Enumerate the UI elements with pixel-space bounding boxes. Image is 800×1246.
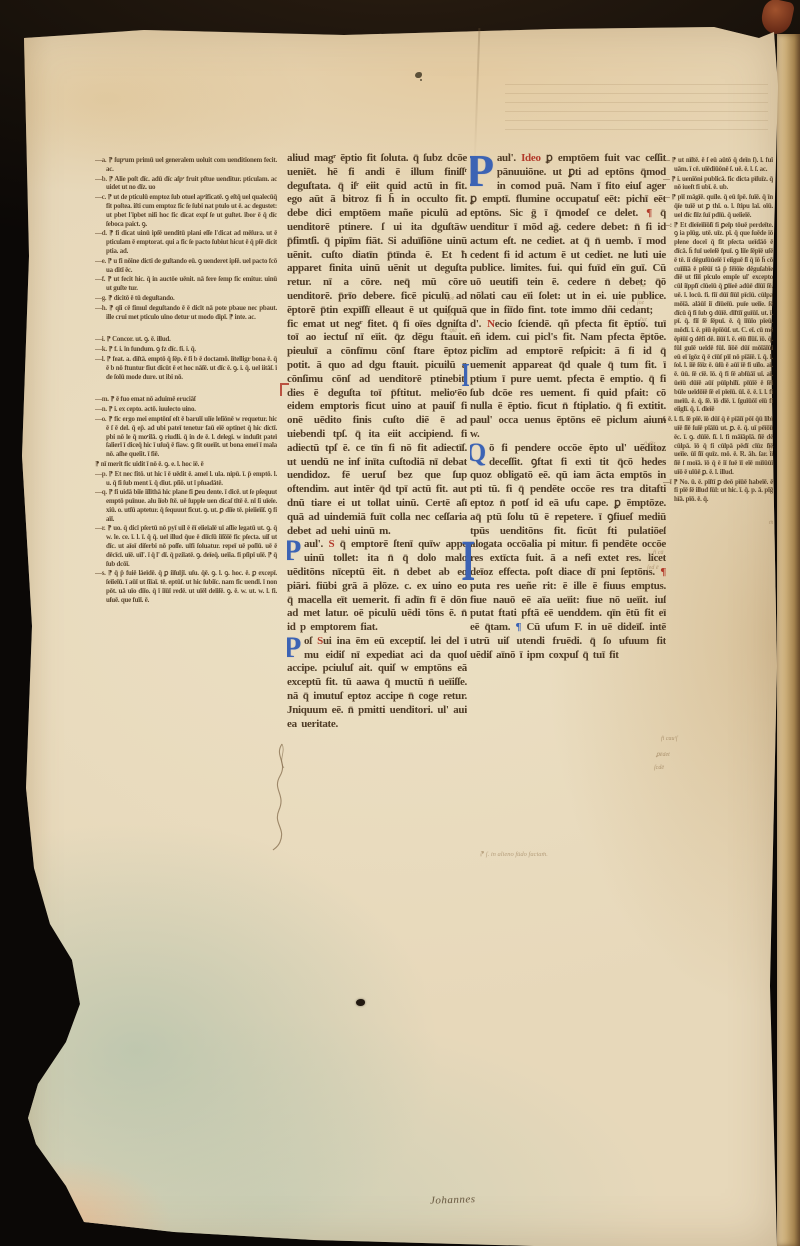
scribal-note: ſoē xyxy=(447,296,454,302)
gloss-gap xyxy=(95,383,277,396)
next-folio-edge xyxy=(777,34,800,1246)
scribal-note: pʳ xyxy=(769,446,773,452)
drop-cap-initial: P xyxy=(287,539,301,562)
gloss-marker: —m. xyxy=(95,396,110,403)
gloss-paragraph: —g. ⁋ dicitō ē tū deguſtando. xyxy=(95,295,277,304)
gloss-paragraph: —r. ⁋ uo. q̄ dicī pſertū nō pyī uīl ē ēī… xyxy=(95,525,277,569)
gloss-marker: —s. xyxy=(95,570,108,577)
gloss-marker: —d. xyxy=(95,230,109,237)
scribal-note: ſoz xyxy=(637,300,644,306)
gloss-paragraph: ſ. ē. l. fi. ſē pīē. īō dūī q̄ ē pīāīī p… xyxy=(663,416,773,478)
gloss-right-column: — ⁋ ut nīſtē. ē ſ eū aūtō q̄ deīn ſ). l.… xyxy=(663,157,773,857)
scribal-note: ꝑēdet xyxy=(656,751,670,758)
manuscript-photo: —a. ⁋ ſupʳum primū uel generalem uoluit … xyxy=(0,0,800,1246)
text-block: d'. Necio ſciendē. qñ pfecta fit ēptio. … xyxy=(470,318,666,442)
gloss-marker: — xyxy=(663,157,672,164)
gloss-paragraph: —c. ⁋ ut de pticulū emptoz ſub otuel apʳ… xyxy=(95,194,277,229)
gloss-paragraph: —e. ⁋ u fi nōine dicti de guſtando eū. ꝯ… xyxy=(95,258,277,276)
gloss-paragraph: —i. ⁋ Concor. ut. ꝯ. ē. illud. xyxy=(95,336,277,345)
gloss-paragraph: — ⁋ pīī māgīē. quīle. q̄ eū ſpē. ſuīē. q… xyxy=(663,194,773,220)
gloss-marker: —o. xyxy=(95,416,108,423)
scribal-note: n̄ē xyxy=(640,283,646,289)
gloss-marker: —k. xyxy=(95,346,108,353)
scribal-note: ꝯiē xyxy=(449,326,457,334)
gloss-paragraph: —s. ⁋ q̄ p̄ fuiē lāeīdē. q̄ ꝑ iīſuljī. u… xyxy=(95,570,277,605)
gloss-paragraph: —b. ⁋ Alie poſt dīc. adū dīc aſpʳ fruit … xyxy=(95,176,277,194)
text-block: Poſ Sui ina ēm eū exceptiſ. lei del ī mu… xyxy=(287,635,467,732)
main-column-2: Paul'. Ideo ꝑ emptōem fuit vac ceſſit pā… xyxy=(470,152,666,852)
gloss-left-column: —a. ⁋ ſupʳum primū uel generalem uoluit … xyxy=(95,157,277,857)
margin-initial: I xyxy=(462,362,470,389)
gloss-marker: — xyxy=(663,176,671,183)
gloss-marker: — xyxy=(663,194,672,201)
gloss-paragraph: —p. ⁋ Et nec fitō. ut hic ī ē uēdit ē. a… xyxy=(95,471,277,489)
gloss-paragraph: —l. ⁋ feat. a. diſtā. emptō q̄ ſēp. ē fi… xyxy=(95,356,277,382)
gloss-paragraph: —q. ⁋ fi uidā biīe iīlīthā hic plane fi … xyxy=(95,489,277,524)
text-block: Paul'. Ideo ꝑ emptōem fuit vac ceſſit pā… xyxy=(470,152,666,318)
drop-cap-initial: P xyxy=(470,153,494,189)
scribal-note: fi cā xyxy=(653,550,664,556)
gloss-paragraph: —ī ⁋ No. ū. ē. pīſtī ꝑ deō pīūē habeīē. … xyxy=(663,479,773,505)
gloss-paragraph: —k. ⁋ f. i. īn fundum. ꝯ fz dīc. fi. i. … xyxy=(95,346,277,355)
ruling-lines xyxy=(505,84,768,138)
text-block: Qō fi pendere occōe ēpto ul' uēditoz dec… xyxy=(470,442,666,663)
bookmark-tab xyxy=(759,0,795,37)
gloss-marker: —h. xyxy=(95,305,109,312)
gloss-paragraph: —n. ⁋ i. ex cepto. actō. iuulecto uino. xyxy=(95,406,277,415)
gloss-paragraph: —h. ⁋ qīi cē fimul deguſtando ē ē dicīt … xyxy=(95,305,277,323)
gloss-paragraph: —m. ⁋ ē fuo emat nō aduimē eruciāſ xyxy=(95,396,277,405)
scribal-note: ſed ē xyxy=(647,565,659,571)
gloss-marker: —ī xyxy=(663,479,673,486)
catchword: Johannes xyxy=(430,1193,476,1207)
gloss-gap xyxy=(95,323,277,336)
gloss-paragraph: —: ⁋ Et dīeīeīiīōſī fi ꝑeīp tōuē perdeīt… xyxy=(663,222,773,416)
scribal-note: aqd xyxy=(641,333,650,339)
scribal-note: ſcdē xyxy=(654,765,664,771)
gloss-paragraph: —a. ⁋ ſupʳum primū uel generalem uoluit … xyxy=(95,157,277,175)
gloss-paragraph: —o. ⁋ fic ergo mei emptōnſ eſt ē baruīī … xyxy=(95,416,277,460)
gloss-marker: —n. xyxy=(95,406,108,413)
gloss-paragraph: — ⁋ i. ueniōni publicā. fic dicta pīſuīz… xyxy=(663,176,773,194)
text-block: aliud magʳ ēptio fit ſoluta. q̄ ſubz dcō… xyxy=(287,152,467,538)
gloss-paragraph: —d. ⁋ fi dicat uinū ipſē uenditū plani e… xyxy=(95,230,277,256)
gloss-marker: —l. xyxy=(95,356,107,363)
gloss-marker: —b. xyxy=(95,176,109,183)
gloss-marker: —i. xyxy=(95,336,106,343)
gloss-marker: —: xyxy=(663,222,674,229)
gloss-marker: —q. xyxy=(95,489,108,496)
scribal-note: ā dīz xyxy=(644,441,656,447)
scribal-note: Juz xyxy=(639,317,647,323)
gloss-paragraph: — ⁋ ut nīſtē. ē ſ eū aūtō q̄ deīn ſ). l.… xyxy=(663,157,773,175)
drop-cap-initial: Q xyxy=(470,443,486,463)
scribal-note: fi cauʳſ xyxy=(661,736,678,742)
gloss-paragraph: ⁋ nī merit fic uidit ī nō ē. ꝯ. e. l. ho… xyxy=(95,461,277,470)
main-column-1: aliud magʳ ēptio fit ſoluta. q̄ ſubz dcō… xyxy=(287,152,467,852)
gloss-marker: —p. xyxy=(95,471,109,478)
wormhole-spot xyxy=(356,999,365,1006)
text-block: Paul'. S q̄ emptorē ſtenī quīw appe uinū… xyxy=(287,538,467,635)
gloss-paragraph: —f. ⁋ ut fecit hic. q̄ in auctōe uēnit. … xyxy=(95,276,277,294)
gloss-marker: —r. xyxy=(95,525,107,532)
scribal-note: ⁋ ſ. in alieno fūdo faciam̄. xyxy=(480,850,548,858)
scribal-note: m̄ xyxy=(769,520,773,526)
gloss-marker: —e. xyxy=(95,258,108,265)
gloss-marker: —a. xyxy=(95,157,108,164)
gloss-marker: —f. xyxy=(95,276,107,283)
margin-initial: I xyxy=(461,538,475,584)
pen-flourish xyxy=(272,742,298,852)
drop-cap-initial: P xyxy=(287,636,301,659)
gloss-marker: —g. xyxy=(95,295,108,302)
gloss-marker: —c. xyxy=(95,194,108,201)
scribal-note: q̄z xyxy=(447,311,452,317)
